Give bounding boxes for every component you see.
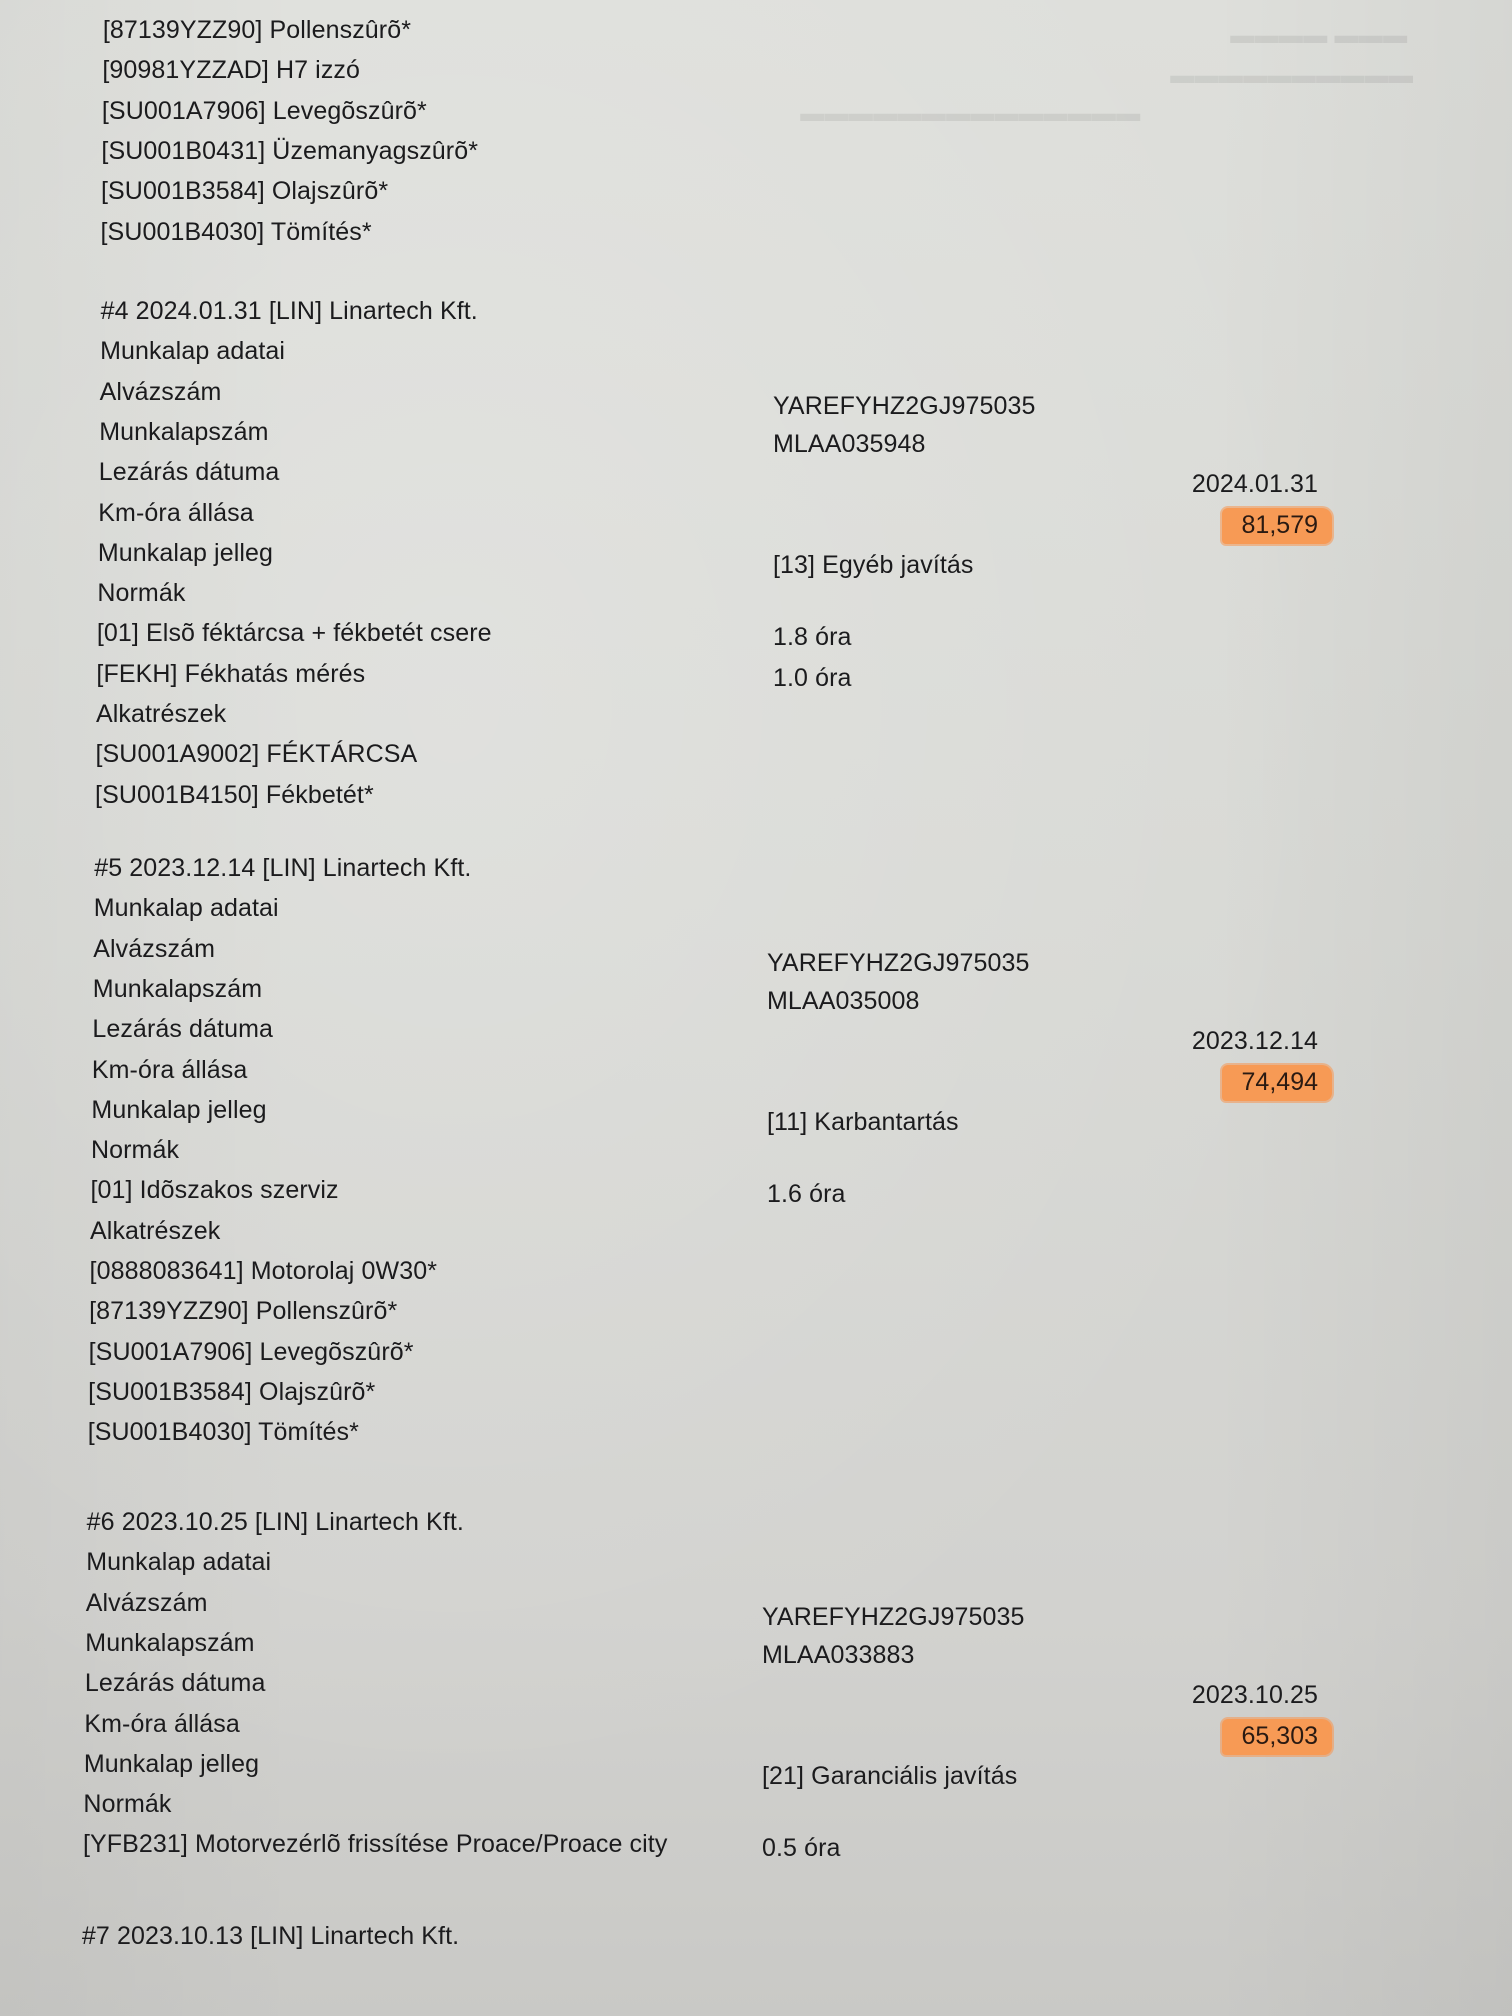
norm-hours: 1.0 óra bbox=[773, 663, 852, 693]
entry-header: #4 2024.01.31 [LIN] Linartech Kft. bbox=[101, 296, 478, 326]
entry-header: #6 2023.10.25 [LIN] Linartech Kft. bbox=[87, 1507, 464, 1537]
label-worksheet-data: Munkalap adatai bbox=[94, 893, 279, 923]
bleed-through-text: ▬▬▬ ▬▬▬▬ bbox=[1230, 22, 1407, 50]
bleed-through-text: ▬▬▬▬▬▬▬▬▬▬▬▬▬▬ bbox=[800, 100, 1140, 128]
part-item: [SU001B4150] Fékbetét* bbox=[95, 780, 374, 810]
label-chassis-no: Alvázszám bbox=[86, 1588, 208, 1618]
value-worksheet-type: [21] Garanciális javítás bbox=[762, 1761, 1017, 1791]
norm-hours: 1.8 óra bbox=[773, 622, 852, 652]
entry-header: #5 2023.12.14 [LIN] Linartech Kft. bbox=[94, 853, 471, 883]
part-item: [SU001B3584] Olajszûrõ* bbox=[101, 176, 388, 206]
label-norms: Normák bbox=[97, 578, 185, 608]
part-item: [90981YZZAD] H7 izzó bbox=[102, 55, 360, 85]
value-worksheet-no: MLAA035948 bbox=[773, 429, 926, 459]
bleed-through-text: ▬▬▬▬▬▬▬▬▬▬ bbox=[1170, 62, 1413, 90]
label-odometer: Km-óra állása bbox=[84, 1709, 240, 1739]
value-chassis-no: YAREFYHZ2GJ975035 bbox=[762, 1602, 1024, 1632]
value-closing-date: 2023.12.14 bbox=[1192, 1026, 1318, 1056]
label-closing-date: Lezárás dátuma bbox=[99, 457, 280, 487]
value-closing-date: 2023.10.25 bbox=[1192, 1680, 1318, 1710]
norm-hours: 1.6 óra bbox=[767, 1179, 846, 1209]
part-item: [SU001B3584] Olajszûrõ* bbox=[88, 1377, 375, 1407]
label-closing-date: Lezárás dátuma bbox=[92, 1014, 273, 1044]
label-closing-date: Lezárás dátuma bbox=[85, 1668, 266, 1698]
label-norms: Normák bbox=[91, 1135, 179, 1165]
norm-item: [01] Elsõ féktárcsa + fékbetét csere bbox=[97, 618, 492, 648]
value-odometer-highlighted: 81,579 bbox=[1222, 508, 1332, 544]
label-odometer: Km-óra állása bbox=[92, 1055, 248, 1085]
norm-hours: 0.5 óra bbox=[762, 1833, 841, 1863]
value-worksheet-no: MLAA035008 bbox=[767, 986, 920, 1016]
part-item: [SU001A7906] Levegõszûrõ* bbox=[102, 96, 427, 126]
label-odometer: Km-óra állása bbox=[98, 498, 254, 528]
label-worksheet-type: Munkalap jelleg bbox=[84, 1749, 259, 1779]
label-parts: Alkatrészek bbox=[90, 1216, 220, 1246]
value-odometer-highlighted: 74,494 bbox=[1222, 1065, 1332, 1101]
label-parts: Alkatrészek bbox=[96, 699, 226, 729]
label-chassis-no: Alvázszám bbox=[93, 934, 215, 964]
label-worksheet-type: Munkalap jelleg bbox=[98, 538, 273, 568]
value-closing-date: 2024.01.31 bbox=[1192, 469, 1318, 499]
value-chassis-no: YAREFYHZ2GJ975035 bbox=[773, 391, 1035, 421]
entry-header: #7 2023.10.13 [LIN] Linartech Kft. bbox=[82, 1921, 459, 1951]
part-item: [SU001B4030] Tömítés* bbox=[101, 217, 372, 247]
value-worksheet-type: [11] Karbantartás bbox=[767, 1107, 959, 1137]
norm-item: [YFB231] Motorvezérlõ frissítése Proace/… bbox=[83, 1829, 668, 1859]
part-item: [SU001A7906] Levegõszûrõ* bbox=[89, 1337, 414, 1367]
value-odometer-highlighted: 65,303 bbox=[1222, 1719, 1332, 1755]
label-worksheet-type: Munkalap jelleg bbox=[91, 1095, 266, 1125]
part-item: [87139YZZ90] Pollenszûrõ* bbox=[89, 1296, 397, 1326]
part-item: [SU001A9002] FÉKTÁRCSA bbox=[95, 739, 417, 769]
part-item: [SU001B4030] Tömítés* bbox=[88, 1417, 359, 1447]
norm-item: [01] Idõszakos szerviz bbox=[90, 1175, 338, 1205]
value-chassis-no: YAREFYHZ2GJ975035 bbox=[767, 948, 1029, 978]
norm-item: [FEKH] Fékhatás mérés bbox=[96, 659, 365, 689]
label-worksheet-data: Munkalap adatai bbox=[100, 336, 285, 366]
label-worksheet-no: Munkalapszám bbox=[85, 1628, 254, 1658]
part-item: [SU001B0431] Üzemanyagszûrõ* bbox=[101, 136, 478, 166]
part-item: [0888083641] Motorolaj 0W30* bbox=[90, 1256, 437, 1286]
label-worksheet-no: Munkalapszám bbox=[99, 417, 268, 447]
value-worksheet-type: [13] Egyéb javítás bbox=[773, 550, 974, 580]
label-worksheet-no: Munkalapszám bbox=[93, 974, 262, 1004]
label-chassis-no: Alvázszám bbox=[100, 377, 222, 407]
value-worksheet-no: MLAA033883 bbox=[762, 1640, 915, 1670]
label-worksheet-data: Munkalap adatai bbox=[86, 1547, 271, 1577]
part-item: [87139YZZ90] Pollenszûrõ* bbox=[103, 15, 411, 45]
label-norms: Normák bbox=[83, 1789, 171, 1819]
